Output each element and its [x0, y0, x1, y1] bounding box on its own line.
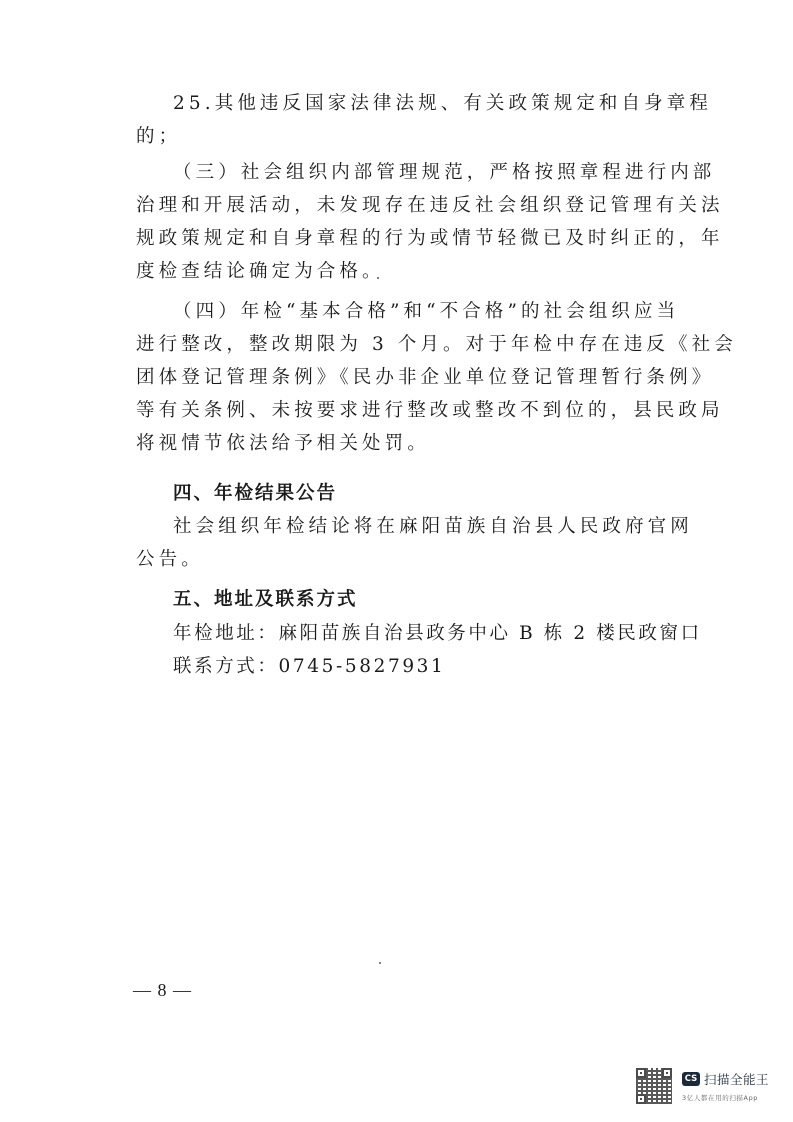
section-heading-4: 四、年检结果公告	[173, 477, 658, 510]
scan-speck	[379, 962, 381, 964]
scanner-tagline: 3亿人都在用的扫描App	[682, 1093, 758, 1102]
qr-code-icon	[636, 1068, 672, 1104]
scanner-app-name: 扫描全能王	[704, 1070, 769, 1088]
camscanner-logo-icon: CS	[682, 1072, 700, 1086]
text-line: 度检查结论确定为合格。	[136, 255, 658, 288]
text-line: （三）社会组织内部管理规范，严格按照章程进行内部	[173, 156, 658, 189]
text-line: 25.其他违反国家法律法规、有关政策规定和自身章程	[173, 87, 658, 120]
text-line: 等有关条例、未按要求进行整改或整改不到位的，县民政局	[136, 394, 658, 427]
text-line: 治理和开展活动，未发现存在违反社会组织登记管理有关法	[136, 189, 658, 222]
text-line: 进行整改，整改期限为 3 个月。对于年检中存在违反《社会	[136, 328, 658, 361]
text-line: 规政策规定和自身章程的行为或情节轻微已及时纠正的，年	[136, 222, 658, 255]
text-line: 团体登记管理条例》《民办非企业单位登记管理暂行条例》	[136, 361, 658, 394]
scan-speck	[377, 277, 379, 279]
text-line: （四）年检“基本合格”和“不合格”的社会组织应当	[173, 295, 658, 328]
section-heading-5: 五、地址及联系方式	[173, 583, 658, 616]
page-number: — 8 —	[133, 980, 192, 1001]
text-line: 公告。	[136, 543, 658, 576]
scanner-watermark: CS 扫描全能王 3亿人都在用的扫描App	[636, 1068, 786, 1112]
address-line: 年检地址：麻阳苗族自治县政务中心 B 栋 2 楼民政窗口	[173, 617, 658, 650]
text-line: 将视情节依法给予相关处罚。	[136, 427, 658, 460]
text-line: 的；	[136, 120, 658, 153]
contact-line: 联系方式：0745-5827931	[173, 650, 658, 683]
text-line: 社会组织年检结论将在麻阳苗族自治县人民政府官网	[173, 510, 658, 543]
